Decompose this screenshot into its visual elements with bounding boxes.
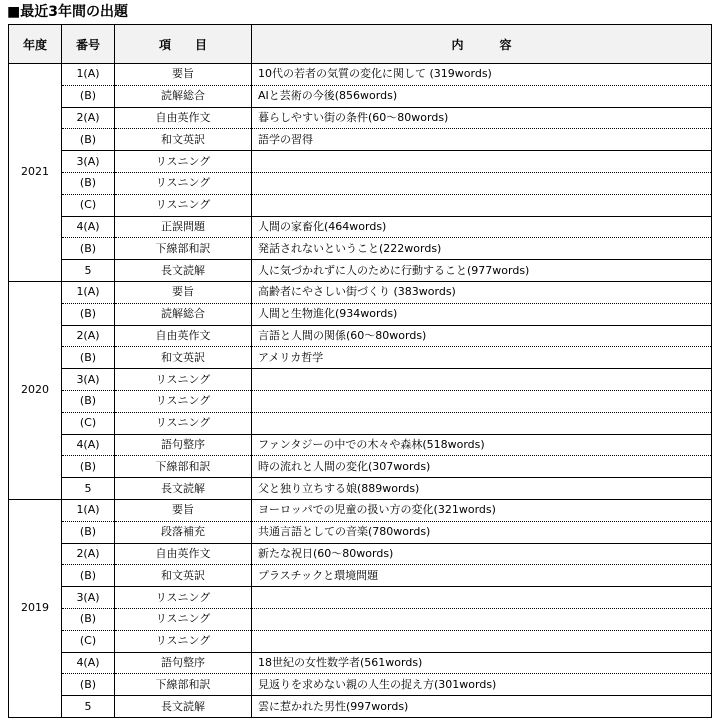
item-cell: リスニング bbox=[115, 412, 252, 434]
table-header-row: 年度 番号 項 目 内 容 bbox=[9, 25, 712, 64]
number-cell: 5 bbox=[62, 696, 115, 718]
table-row: 5長文読解雲に惹かれた男性(997words) bbox=[9, 696, 712, 718]
number-cell: (B) bbox=[62, 172, 115, 194]
content-cell bbox=[252, 151, 712, 173]
content-cell bbox=[252, 412, 712, 434]
number-cell: (B) bbox=[62, 129, 115, 151]
content-cell bbox=[252, 608, 712, 630]
table-row: (B)リスニング bbox=[9, 608, 712, 630]
content-cell: 新たな祝日(60～80words) bbox=[252, 543, 712, 565]
item-cell: リスニング bbox=[115, 172, 252, 194]
item-cell: 要旨 bbox=[115, 64, 252, 86]
table-row: (B)リスニング bbox=[9, 390, 712, 412]
item-cell: 正誤問題 bbox=[115, 216, 252, 238]
content-cell: 父と独り立ちする娘(889words) bbox=[252, 478, 712, 500]
number-cell: 1(A) bbox=[62, 281, 115, 303]
item-cell: 長文読解 bbox=[115, 696, 252, 718]
content-cell: 人間の家畜化(464words) bbox=[252, 216, 712, 238]
content-cell bbox=[252, 587, 712, 609]
table-row: (C)リスニング bbox=[9, 194, 712, 216]
header-item: 項 目 bbox=[115, 25, 252, 64]
item-cell: 読解総合 bbox=[115, 303, 252, 325]
content-cell: 高齢者にやさしい街づくり (383words) bbox=[252, 281, 712, 303]
item-cell: 語句整序 bbox=[115, 434, 252, 456]
table-row: 4(A)語句整序18世紀の女性数学者(561words) bbox=[9, 652, 712, 674]
item-cell: 下線部和訳 bbox=[115, 674, 252, 696]
item-cell: 語句整序 bbox=[115, 652, 252, 674]
table-row: 3(A)リスニング bbox=[9, 587, 712, 609]
header-year: 年度 bbox=[9, 25, 62, 64]
item-cell: 自由英作文 bbox=[115, 107, 252, 129]
content-cell: 見返りを求めない親の人生の捉え方(301words) bbox=[252, 674, 712, 696]
content-cell: 雲に惹かれた男性(997words) bbox=[252, 696, 712, 718]
table-row: (B)読解総合人間と生物進化(934words) bbox=[9, 303, 712, 325]
exam-table: 年度 番号 項 目 内 容 20211(A)要旨10代の若者の気質の変化に関して… bbox=[8, 24, 712, 718]
content-cell: 18世紀の女性数学者(561words) bbox=[252, 652, 712, 674]
item-cell: 下線部和訳 bbox=[115, 456, 252, 478]
item-cell: 段落補充 bbox=[115, 521, 252, 543]
table-row: 20201(A)要旨高齢者にやさしい街づくり (383words) bbox=[9, 281, 712, 303]
number-cell: 5 bbox=[62, 478, 115, 500]
item-cell: リスニング bbox=[115, 390, 252, 412]
number-cell: (C) bbox=[62, 630, 115, 652]
table-row: 2(A)自由英作文暮らしやすい街の条件(60～80words) bbox=[9, 107, 712, 129]
item-cell: 要旨 bbox=[115, 281, 252, 303]
item-cell: 要旨 bbox=[115, 499, 252, 521]
content-cell: ファンタジーの中での木々や森林(518words) bbox=[252, 434, 712, 456]
year-cell: 2019 bbox=[9, 499, 62, 717]
item-cell: リスニング bbox=[115, 194, 252, 216]
table-row: 4(A)語句整序ファンタジーの中での木々や森林(518words) bbox=[9, 434, 712, 456]
number-cell: 3(A) bbox=[62, 151, 115, 173]
content-cell: 語学の習得 bbox=[252, 129, 712, 151]
number-cell: 1(A) bbox=[62, 499, 115, 521]
number-cell: 4(A) bbox=[62, 652, 115, 674]
content-cell: 暮らしやすい街の条件(60～80words) bbox=[252, 107, 712, 129]
number-cell: (B) bbox=[62, 456, 115, 478]
content-cell: 言語と人間の関係(60～80words) bbox=[252, 325, 712, 347]
number-cell: 2(A) bbox=[62, 325, 115, 347]
number-cell: 5 bbox=[62, 260, 115, 282]
number-cell: (C) bbox=[62, 194, 115, 216]
year-cell: 2021 bbox=[9, 64, 62, 282]
number-cell: 1(A) bbox=[62, 64, 115, 86]
content-cell bbox=[252, 369, 712, 391]
content-cell: 発話されないということ(222words) bbox=[252, 238, 712, 260]
item-cell: 自由英作文 bbox=[115, 325, 252, 347]
content-cell: 10代の若者の気質の変化に関して (319words) bbox=[252, 64, 712, 86]
number-cell: (B) bbox=[62, 238, 115, 260]
item-cell: 下線部和訳 bbox=[115, 238, 252, 260]
number-cell: (B) bbox=[62, 608, 115, 630]
item-cell: リスニング bbox=[115, 369, 252, 391]
number-cell: (C) bbox=[62, 412, 115, 434]
number-cell: (B) bbox=[62, 390, 115, 412]
number-cell: 3(A) bbox=[62, 587, 115, 609]
page-title: ■最近3年間の出題 bbox=[7, 3, 128, 21]
table-row: 5長文読解父と独り立ちする娘(889words) bbox=[9, 478, 712, 500]
item-cell: リスニング bbox=[115, 587, 252, 609]
header-number: 番号 bbox=[62, 25, 115, 64]
table-row: (B)リスニング bbox=[9, 172, 712, 194]
item-cell: 和文英訳 bbox=[115, 347, 252, 369]
item-cell: 和文英訳 bbox=[115, 129, 252, 151]
table-row: (B)段落補充共通言語としての音楽(780words) bbox=[9, 521, 712, 543]
content-cell: 人に気づかれずに人のために行動すること(977words) bbox=[252, 260, 712, 282]
content-cell: アメリカ哲学 bbox=[252, 347, 712, 369]
table-row: (B)和文英訳語学の習得 bbox=[9, 129, 712, 151]
content-cell: 人間と生物進化(934words) bbox=[252, 303, 712, 325]
table-row: (B)和文英訳アメリカ哲学 bbox=[9, 347, 712, 369]
content-cell bbox=[252, 630, 712, 652]
number-cell: 4(A) bbox=[62, 216, 115, 238]
number-cell: (B) bbox=[62, 347, 115, 369]
year-cell: 2020 bbox=[9, 281, 62, 499]
item-cell: リスニング bbox=[115, 151, 252, 173]
content-cell: プラスチックと環境問題 bbox=[252, 565, 712, 587]
content-cell bbox=[252, 390, 712, 412]
table-row: 2(A)自由英作文新たな祝日(60～80words) bbox=[9, 543, 712, 565]
item-cell: 読解総合 bbox=[115, 85, 252, 107]
number-cell: (B) bbox=[62, 521, 115, 543]
number-cell: 2(A) bbox=[62, 543, 115, 565]
content-cell: 時の流れと人間の変化(307words) bbox=[252, 456, 712, 478]
table-row: (B)下線部和訳見返りを求めない親の人生の捉え方(301words) bbox=[9, 674, 712, 696]
item-cell: リスニング bbox=[115, 608, 252, 630]
number-cell: (B) bbox=[62, 674, 115, 696]
table-row: 3(A)リスニング bbox=[9, 369, 712, 391]
table-row: (C)リスニング bbox=[9, 412, 712, 434]
table-row: 20211(A)要旨10代の若者の気質の変化に関して (319words) bbox=[9, 64, 712, 86]
number-cell: (B) bbox=[62, 85, 115, 107]
table-row: (B)下線部和訳発話されないということ(222words) bbox=[9, 238, 712, 260]
number-cell: (B) bbox=[62, 303, 115, 325]
table-row: (B)和文英訳プラスチックと環境問題 bbox=[9, 565, 712, 587]
number-cell: 2(A) bbox=[62, 107, 115, 129]
item-cell: 和文英訳 bbox=[115, 565, 252, 587]
table-row: 3(A)リスニング bbox=[9, 151, 712, 173]
header-content: 内 容 bbox=[252, 25, 712, 64]
content-cell bbox=[252, 194, 712, 216]
item-cell: 長文読解 bbox=[115, 478, 252, 500]
content-cell: ヨーロッパでの児童の扱い方の変化(321words) bbox=[252, 499, 712, 521]
content-cell: AIと芸術の今後(856words) bbox=[252, 85, 712, 107]
number-cell: (B) bbox=[62, 565, 115, 587]
table-row: (B)読解総合AIと芸術の今後(856words) bbox=[9, 85, 712, 107]
item-cell: 長文読解 bbox=[115, 260, 252, 282]
item-cell: 自由英作文 bbox=[115, 543, 252, 565]
table-row: 20191(A)要旨ヨーロッパでの児童の扱い方の変化(321words) bbox=[9, 499, 712, 521]
table-row: 2(A)自由英作文言語と人間の関係(60～80words) bbox=[9, 325, 712, 347]
number-cell: 4(A) bbox=[62, 434, 115, 456]
table-row: (B)下線部和訳時の流れと人間の変化(307words) bbox=[9, 456, 712, 478]
table-body: 20211(A)要旨10代の若者の気質の変化に関して (319words)(B)… bbox=[9, 64, 712, 718]
table-row: 4(A)正誤問題人間の家畜化(464words) bbox=[9, 216, 712, 238]
table-row: 5長文読解人に気づかれずに人のために行動すること(977words) bbox=[9, 260, 712, 282]
content-cell bbox=[252, 172, 712, 194]
number-cell: 3(A) bbox=[62, 369, 115, 391]
table-row: (C)リスニング bbox=[9, 630, 712, 652]
item-cell: リスニング bbox=[115, 630, 252, 652]
content-cell: 共通言語としての音楽(780words) bbox=[252, 521, 712, 543]
